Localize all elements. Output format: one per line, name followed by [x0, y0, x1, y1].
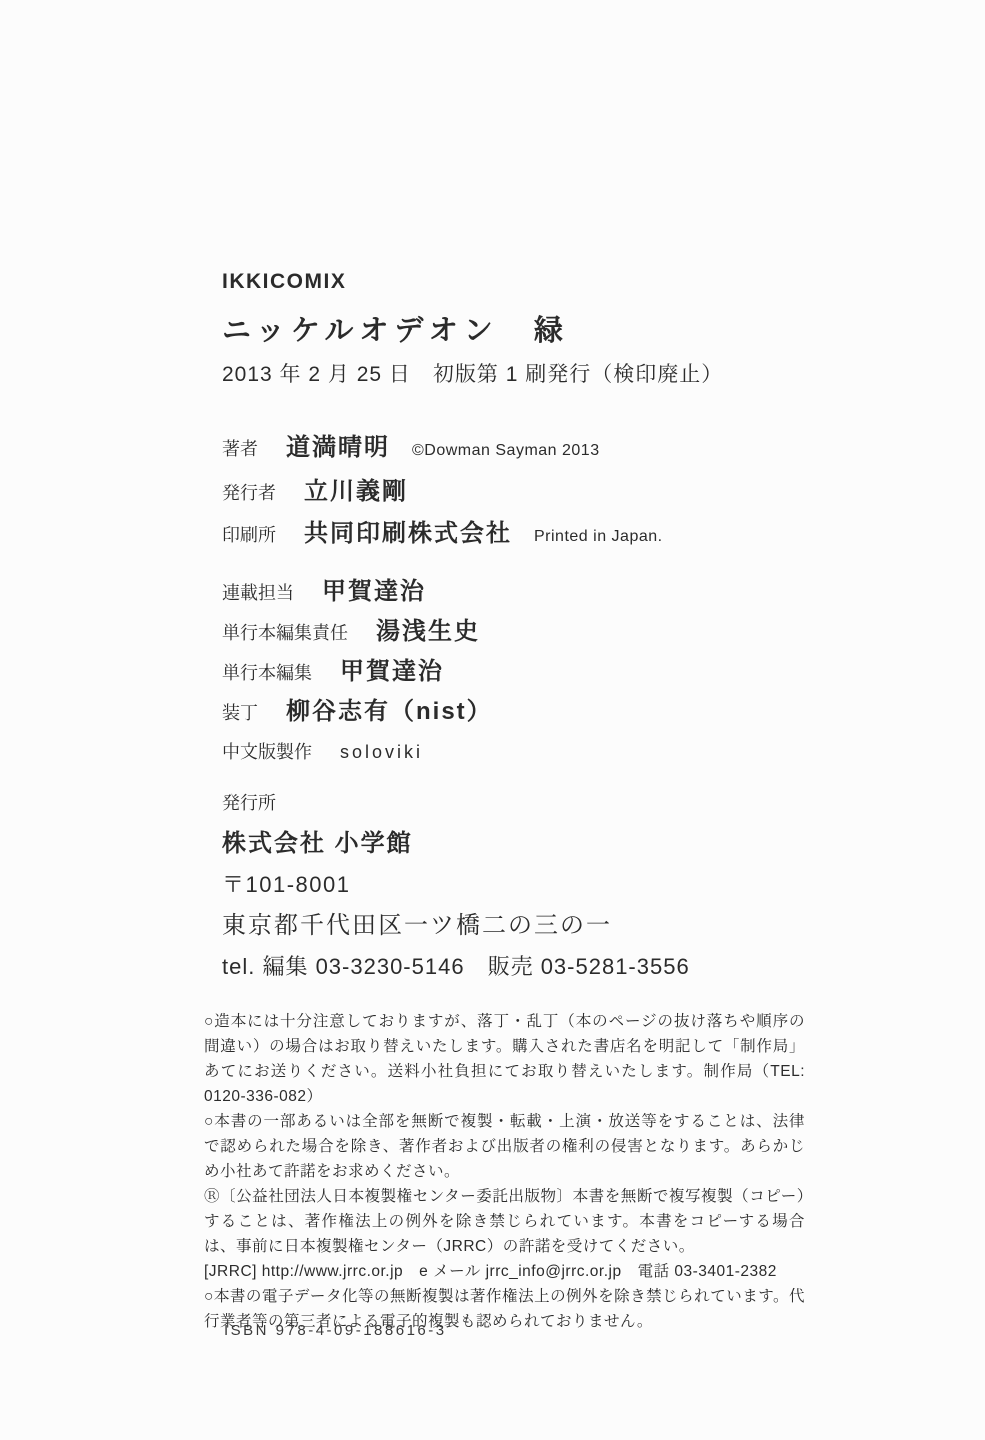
- legal-notices-section: ○造本には十分注意しておりますが、落丁・乱丁（本のページの抜け落ちや順序の間違い…: [204, 1009, 805, 1334]
- credit-value: 立川義剛: [304, 478, 408, 506]
- staff-label: 連載担当: [222, 579, 294, 607]
- staff-value: 甲賀達治: [322, 578, 426, 606]
- credit-row-author: 著者 道満晴明 ©Dowman Sayman 2013: [222, 434, 663, 465]
- notice-paragraph-reproduction: ○本書の一部あるいは全部を無断で複製・転載・上演・放送等をすることは、法律で認め…: [204, 1109, 805, 1184]
- publisher-name: 株式会社 小学館: [222, 830, 690, 858]
- credit-row-printer: 印刷所 共同印刷株式会社 Printed in Japan.: [222, 520, 663, 551]
- staff-value: 湯浅生史: [376, 618, 480, 646]
- credits-section: 著者 道満晴明 ©Dowman Sayman 2013 発行者 立川義剛 印刷所…: [222, 434, 663, 564]
- publisher-address: 東京都千代田区一ツ橋二の三の一: [222, 912, 690, 940]
- edition-line: 2013 年 2 月 25 日 初版第 1 刷発行（検印廃止）: [222, 363, 723, 386]
- colophon-page: IKKICOMIX ニッケルオデオン 緑 2013 年 2 月 25 日 初版第…: [0, 0, 985, 1440]
- credit-label: 印刷所: [222, 521, 276, 549]
- notice-paragraph-jrrc: Ⓡ〔公益社団法人日本複製権センター委託出版物〕本書を無断で複写複製（コピー）する…: [204, 1184, 805, 1259]
- staff-value: 甲賀達治: [340, 658, 444, 686]
- staff-row-book-design: 装丁 柳谷志有（nist）: [222, 698, 493, 727]
- credit-label: 発行者: [222, 479, 276, 507]
- staff-label: 単行本編集責任: [222, 619, 348, 647]
- publisher-label: 発行所: [222, 789, 690, 817]
- imprint-label: IKKICOMIX: [222, 271, 723, 293]
- publisher-phone: tel. 編集 03-3230-5146 販売 03-5281-3556: [222, 953, 690, 981]
- printed-in-japan-note: Printed in Japan.: [534, 523, 663, 551]
- credit-label: 著者: [222, 435, 258, 463]
- staff-row-volume-chief-editor: 単行本編集責任 湯浅生史: [222, 618, 493, 647]
- staff-section: 連載担当 甲賀達治 単行本編集責任 湯浅生史 単行本編集 甲賀達治 装丁 柳谷志…: [222, 578, 493, 777]
- staff-value: soloviki: [340, 738, 423, 766]
- notice-paragraph-jrrc-contact: [JRRC] http://www.jrrc.or.jp e メール jrrc_…: [204, 1259, 805, 1284]
- credit-value: 道満晴明: [286, 434, 390, 462]
- staff-row-chinese-version: 中文版製作 soloviki: [222, 738, 493, 766]
- staff-label: 単行本編集: [222, 659, 312, 687]
- staff-label: 中文版製作: [222, 738, 312, 766]
- book-title: ニッケルオデオン 緑: [222, 314, 723, 348]
- credit-row-issuer: 発行者 立川義剛: [222, 478, 663, 507]
- staff-row-serial-editor: 連載担当 甲賀達治: [222, 578, 493, 607]
- notice-paragraph-binding-defects: ○造本には十分注意しておりますが、落丁・乱丁（本のページの抜け落ちや順序の間違い…: [204, 1009, 805, 1109]
- colophon-header: IKKICOMIX ニッケルオデオン 緑 2013 年 2 月 25 日 初版第…: [222, 271, 723, 386]
- postal-code: 〒101-8001: [222, 871, 690, 899]
- isbn: ISBN 978-4-09-188616-3: [224, 1322, 447, 1339]
- copyright-note: ©Dowman Sayman 2013: [412, 437, 600, 465]
- publisher-section: 発行所 株式会社 小学館 〒101-8001 東京都千代田区一ツ橋二の三の一 t…: [222, 789, 690, 994]
- staff-label: 装丁: [222, 699, 258, 727]
- staff-value: 柳谷志有（nist）: [286, 698, 493, 726]
- credit-value: 共同印刷株式会社: [304, 520, 512, 548]
- staff-row-volume-editor: 単行本編集 甲賀達治: [222, 658, 493, 687]
